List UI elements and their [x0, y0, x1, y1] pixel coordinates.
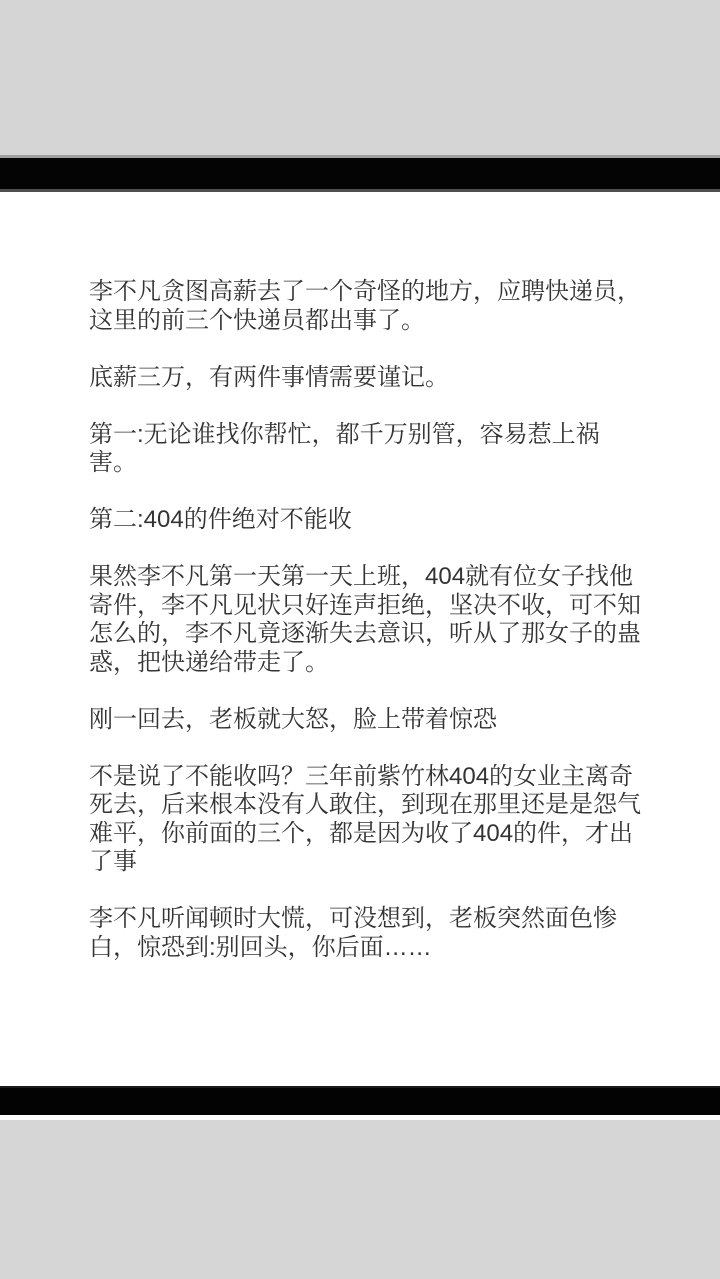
- bottom-margin-area: [0, 1120, 720, 1279]
- story-paragraph: 李不凡贪图高薪去了一个奇怪的地方，应聘快递员，这里的前三个快递员都出事了。: [89, 278, 645, 335]
- story-paragraph: 第一:无论谁找你帮忙，都千万别管，容易惹上祸害。: [89, 421, 645, 478]
- video-frame: 李不凡贪图高薪去了一个奇怪的地方，应聘快递员，这里的前三个快递员都出事了。 底薪…: [0, 0, 720, 1279]
- story-paragraph: 刚一回去，老板就大怒，脸上带着惊恐: [89, 706, 645, 735]
- top-margin-area: [0, 0, 720, 155]
- story-paragraph: 底薪三万，有两件事情需要谨记。: [89, 364, 645, 393]
- story-paragraph: 第二:404的件绝对不能收: [89, 506, 645, 535]
- story-paragraph: 不是说了不能收吗？三年前紫竹林404的女业主离奇死去，后来根本没有人敢住，到现在…: [89, 763, 645, 877]
- story-paragraph: 李不凡听闻顿时大慌，可没想到，老板突然面色惨白，惊恐到:别回头，你后面……: [89, 905, 645, 962]
- letterbox-bar-bottom: [0, 1086, 720, 1115]
- story-text-block: 李不凡贪图高薪去了一个奇怪的地方，应聘快递员，这里的前三个快递员都出事了。 底薪…: [89, 278, 648, 962]
- story-page: 李不凡贪图高薪去了一个奇怪的地方，应聘快递员，这里的前三个快递员都出事了。 底薪…: [0, 192, 720, 1086]
- letterbox-bar-top: [0, 155, 720, 192]
- story-paragraph: 果然李不凡第一天第一天上班，404就有位女子找他寄件，李不凡见状只好连声拒绝，坚…: [89, 563, 645, 677]
